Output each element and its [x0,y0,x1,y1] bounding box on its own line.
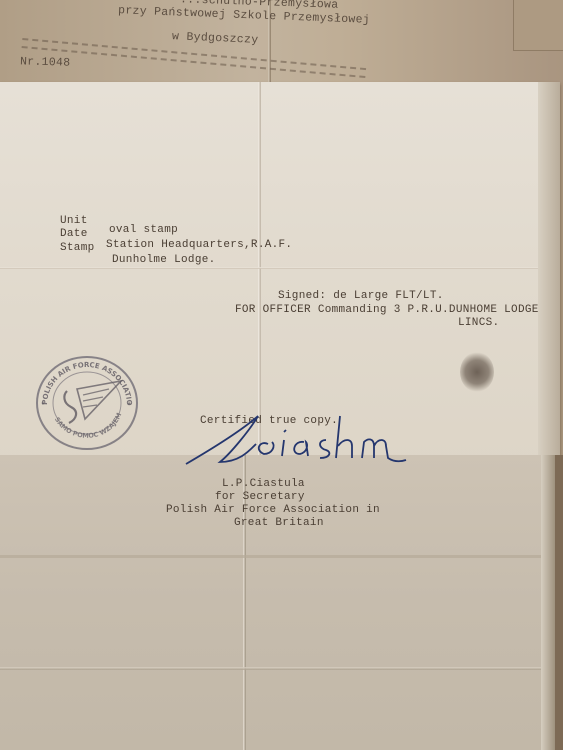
horizontal-fold [0,267,560,269]
sheet-edge [541,455,555,750]
stamp-desc-2: Station Headquarters,R.A.F. [106,239,292,251]
document-number: Nr.1048 [20,55,71,69]
label-stamp: Stamp [60,242,95,254]
letterhead-line-3: w Bydgoszczy [172,30,259,47]
signatory-role: for Secretary [215,491,305,503]
horizontal-fold [0,667,555,670]
lower-sheet: L.P.Ciastula for Secretary Polish Air Fo… [0,455,555,750]
signed-line-3: LINCS. [458,317,499,329]
signed-line-2: FOR OFFICER Commanding 3 P.R.U.DUNHOME L… [235,304,539,316]
document-photo: ...schulno-Przemysłowa przy Państwowej S… [0,0,563,750]
stamp-emblem-icon: POLISH AIR FORCE ASSOCIATION SAMO POMOC … [33,353,141,453]
ink-smudge [460,352,494,392]
signature-scribble-icon [180,410,410,470]
label-unit: Unit [60,215,88,227]
organization-line-2: Great Britain [234,517,324,529]
polish-air-force-association-stamp: POLISH AIR FORCE ASSOCIATION SAMO POMOC … [33,353,141,453]
horizontal-fold [0,555,555,558]
stamp-desc-1: oval stamp [109,224,178,236]
organization-line-1: Polish Air Force Association in [166,504,380,516]
signed-line-1: Signed: de Large FLT/LT. [278,290,444,302]
svg-text:POLISH AIR FORCE ASSOCIATION: POLISH AIR FORCE ASSOCIATION [33,353,133,406]
handwritten-signature [180,410,410,470]
label-date: Date [60,228,88,240]
signatory-name: L.P.Ciastula [222,478,305,490]
background-edge [555,455,563,750]
stamp-desc-3: Dunholme Lodge. [112,254,216,266]
sheet-corner [513,0,563,51]
sheet-edge [538,82,560,467]
